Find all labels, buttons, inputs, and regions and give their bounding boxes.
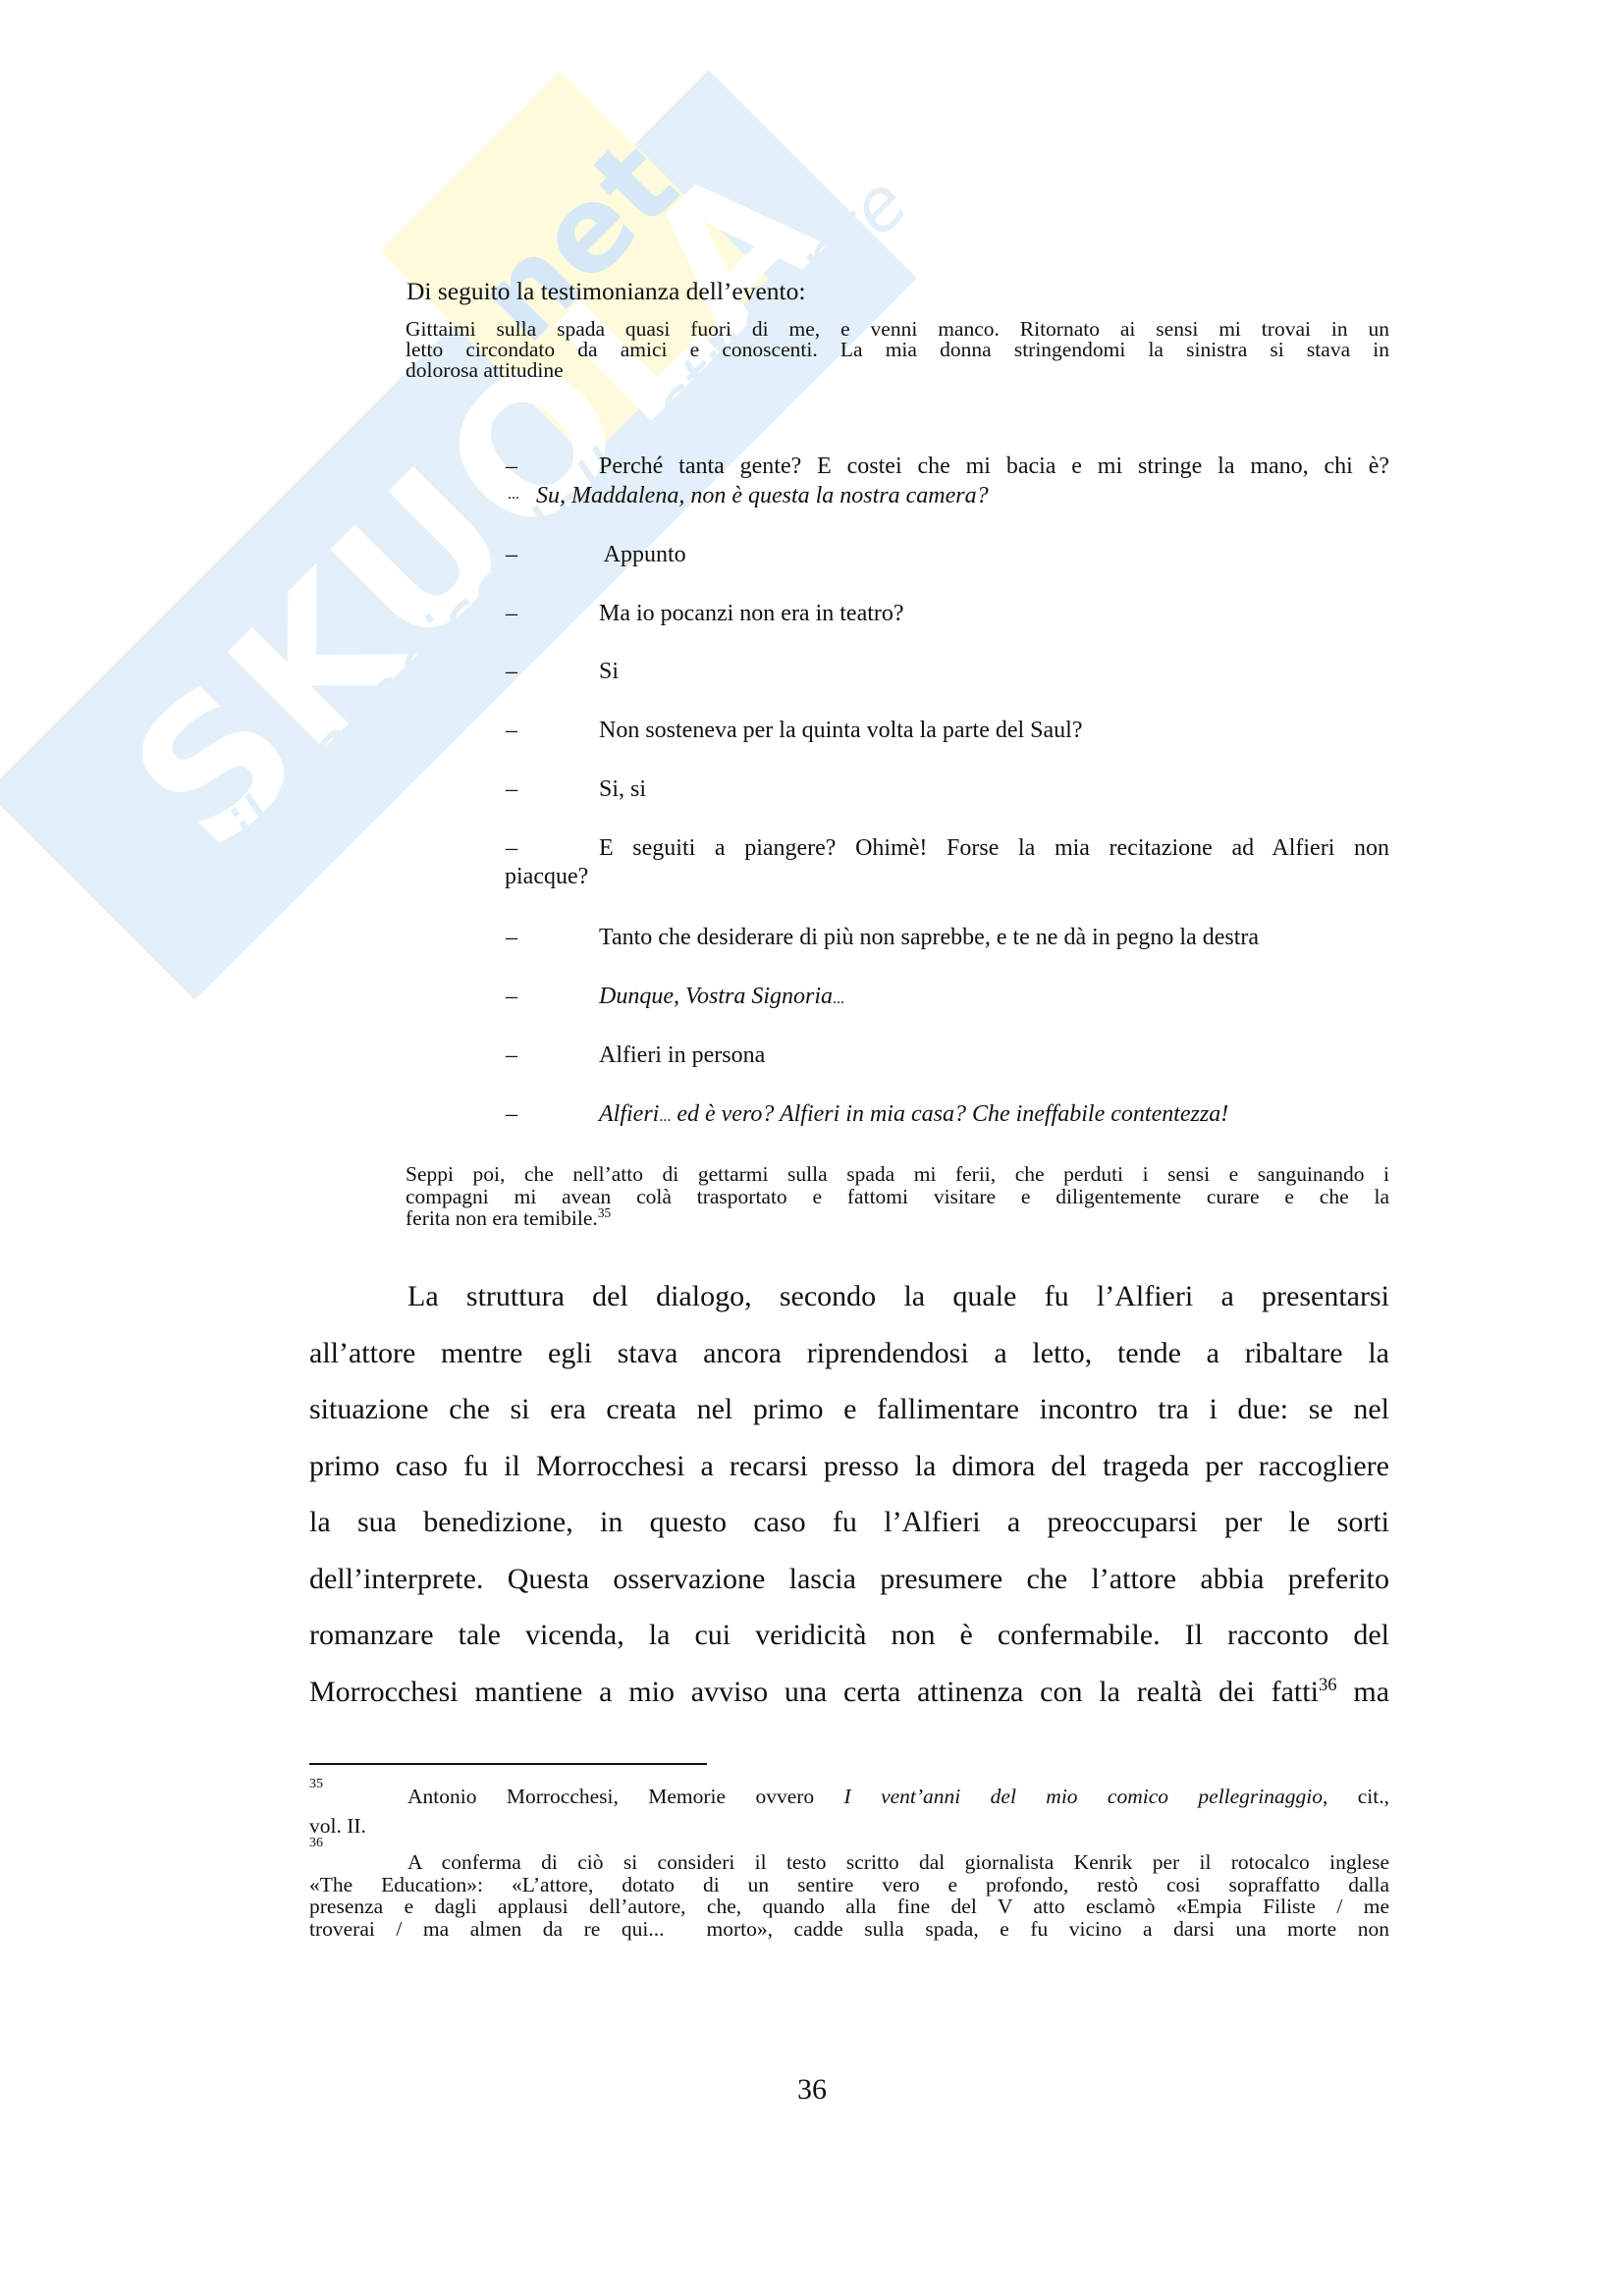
footnote-line: troverai / ma almen da re qui... morto»,…: [309, 1917, 1389, 1941]
dialogue-line: Non sosteneva per la quinta volta la par…: [599, 717, 1083, 744]
quote-line: Gittaimi sulla spada quasi fuori di me, …: [406, 319, 1389, 340]
footnote-ref-35[interactable]: 35: [598, 1205, 611, 1220]
dialogue-line: Appunto: [599, 541, 686, 568]
footnote-line: vol. II.: [309, 1814, 1389, 1838]
dialogue-line: Perché tanta gente? E costei che mi baci…: [599, 453, 1389, 480]
document-page: Di seguito la testimonianza dell’evento:…: [0, 0, 1624, 2296]
dialogue-dash: –: [506, 1041, 517, 1069]
dialogue-italic: Alfieri: [599, 1101, 659, 1127]
ellipsis: ...: [833, 990, 844, 1007]
section-lead-in: Di seguito la testimonianza dell’evento:: [406, 277, 805, 306]
footnote-number: 36: [309, 1836, 323, 1851]
dialogue-italic: Dunque, Vostra Signoria: [599, 984, 833, 1009]
dialogue-dash: –: [506, 600, 517, 627]
body-line: dell’interprete. Questa osservazione las…: [309, 1562, 1389, 1597]
footnote-title: I vent’anni del mio comico pellegrinaggi…: [844, 1785, 1323, 1808]
footnote-number: 35: [309, 1777, 323, 1792]
footnote-line: A conferma di ciò si consideri il testo …: [407, 1850, 1389, 1874]
body-line: romanzare tale vicenda, la cui veridicit…: [309, 1618, 1389, 1653]
body-line: La struttura del dialogo, secondo la qua…: [407, 1279, 1389, 1314]
footnote-ref-36[interactable]: 36: [1319, 1675, 1337, 1695]
quote-text: ferita non era temibile.: [406, 1206, 598, 1230]
body-text: ma: [1337, 1676, 1389, 1708]
footnote-line: presenza e dagli applausi dell’autore, c…: [309, 1895, 1389, 1918]
page-number: 36: [773, 2073, 851, 2107]
dialogue-dash: –: [506, 1100, 517, 1128]
dialogue-line: E seguiti a piangere? Ohimè! Forse la mi…: [599, 834, 1389, 862]
dialogue-line: Dunque, Vostra Signoria...: [599, 983, 844, 1013]
block-quote-outro: Seppi poi, che nell’atto di gettarmi sul…: [406, 1164, 1389, 1231]
body-line: situazione che si era creata nel primo e…: [309, 1392, 1389, 1427]
body-line: all’attore mentre egli stava ancora ripr…: [309, 1336, 1389, 1371]
dialogue-dash: –: [506, 924, 517, 951]
ellipsis: ...: [659, 1108, 671, 1125]
dialogue-dash: –: [506, 834, 517, 862]
dialogue-line-continuation: piacque?: [505, 863, 588, 890]
dialogue-line: Si: [599, 658, 619, 685]
quote-line: letto circondato da amici e conoscenti. …: [406, 340, 1389, 360]
dialogue-dash: –: [506, 658, 517, 685]
dialogue-dash: –: [506, 717, 517, 744]
quote-line: ferita non era temibile.35: [406, 1208, 1389, 1231]
body-line: primo caso fu il Morrocchesi a recarsi p…: [309, 1449, 1389, 1484]
dialogue-dash: –: [506, 453, 517, 480]
dialogue-line: Alfieri in persona: [599, 1041, 765, 1069]
footnote-separator: [309, 1763, 707, 1765]
body-line: la sua benedizione, in questo caso fu l’…: [309, 1505, 1389, 1540]
footnote-line: «The Education»: «L’attore, dotato di un…: [309, 1873, 1389, 1896]
quote-line: compagni mi avean colà trasportato e fat…: [406, 1187, 1389, 1209]
quote-line: Seppi poi, che nell’atto di gettarmi sul…: [406, 1164, 1389, 1187]
dialogue-line: Tanto che desiderare di più non saprebbe…: [599, 924, 1259, 951]
footnote-text: , cit.,: [1323, 1785, 1389, 1808]
quote-line: dolorosa attitudine: [406, 360, 1389, 381]
footnote-text: Antonio Morrocchesi, Memorie ovvero: [407, 1785, 844, 1808]
dialogue-dash: –: [506, 983, 517, 1010]
block-quote-intro: Gittaimi sulla spada quasi fuori di me, …: [406, 319, 1389, 381]
dialogue-italic: ed è vero? Alfieri in mia casa? Che inef…: [671, 1101, 1228, 1127]
footnote-line: Antonio Morrocchesi, Memorie ovvero I ve…: [407, 1785, 1389, 1808]
dialogue-dash: –: [506, 775, 517, 803]
dialogue-line: Ma io pocanzi non era in teatro?: [599, 600, 904, 627]
dialogue-line: Alfieri... ed è vero? Alfieri in mia cas…: [599, 1100, 1228, 1131]
body-text: Morrocchesi mantiene a mio avviso una ce…: [309, 1676, 1319, 1708]
dialogue-dash: –: [506, 541, 517, 568]
dialogue-line-italic: Su, Maddalena, non è questa la nostra ca…: [536, 482, 989, 509]
ellipsis: ...: [508, 484, 519, 506]
dialogue-line: Si, si: [599, 775, 646, 803]
body-line: Morrocchesi mantiene a mio avviso una ce…: [309, 1675, 1389, 1710]
